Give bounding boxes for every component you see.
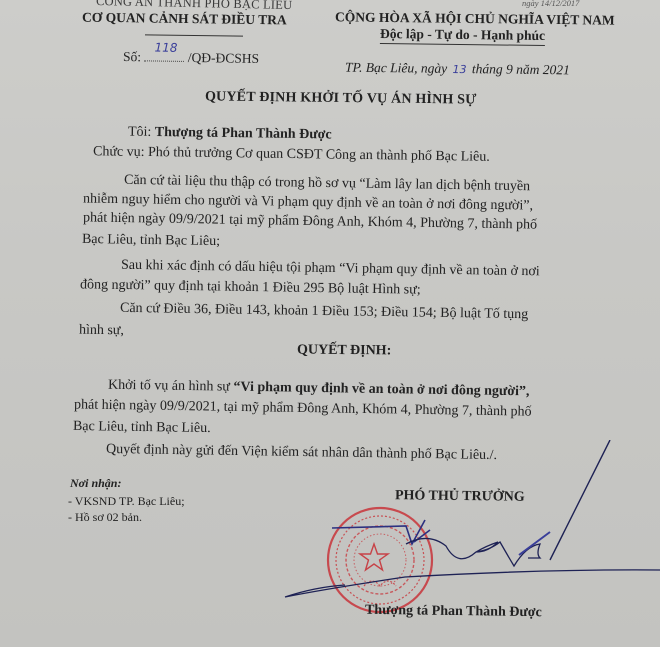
- issuer-name: Thượng tá Phan Thành Được: [155, 125, 332, 142]
- position-label: Chức vụ:: [93, 144, 145, 160]
- issuer-label: Tôi:: [128, 125, 152, 140]
- national-motto: Độc lập - Tự do - Hạnh phúc: [380, 26, 545, 46]
- place-suffix: tháng 9 năm 2021: [472, 61, 570, 77]
- ground-2-line-2: đông người” quy định tại khoản 1 Điều 29…: [80, 278, 421, 297]
- issuer-line: Tôi: Thượng tá Phan Thành Được: [128, 126, 332, 143]
- signer-name: Thượng tá Phan Thành Được: [365, 603, 542, 621]
- document-title: QUYẾT ĐỊNH KHỞI TỐ VỤ ÁN HÌNH SỰ: [205, 89, 477, 108]
- decision-heading: QUYẾT ĐỊNH:: [297, 343, 391, 360]
- form-date-note: ngày 14/12/2017: [522, 0, 579, 8]
- decision-charge: “Vi phạm quy định về an toàn ở nơi đông …: [233, 380, 529, 400]
- ground-3-line-2: hình sự,: [79, 324, 124, 339]
- ground-1-line-4: Bạc Liêu, tỉnh Bạc Liêu;: [82, 233, 220, 249]
- ground-1-line-2: nhiễm nguy hiểm cho người và Vi phạm quy…: [83, 192, 533, 213]
- recipients-label: Nơi nhận:: [70, 476, 121, 491]
- ground-1-line-1: Căn cứ tài liệu thu thập có trong hồ sơ …: [124, 174, 530, 194]
- document-number: Số: 118 /QĐ-ĐCSHS: [123, 48, 259, 67]
- recipient-item: - Hồ sơ 02 bản.: [68, 510, 142, 525]
- number-handwritten: 118: [154, 40, 177, 54]
- ground-3-line-1: Căn cứ Điều 36, Điều 143, khoản 1 Điều 1…: [120, 302, 528, 322]
- number-suffix: /QĐ-ĐCSHS: [188, 50, 259, 66]
- agency-underline: [145, 34, 243, 36]
- handwritten-signature-icon: [280, 440, 660, 620]
- day-handwritten: 13: [450, 63, 468, 76]
- place-prefix: TP. Bạc Liêu, ngày: [345, 60, 447, 76]
- decision-line-2: phát hiện ngày 09/9/2021, tại mỹ phẩm Đô…: [74, 398, 532, 419]
- number-field: 118: [144, 48, 184, 62]
- recipient-item: - VKSND TP. Bạc Liêu;: [68, 494, 185, 509]
- decision-line-3: Bạc Liêu, tỉnh Bạc Liêu.: [73, 420, 211, 436]
- decision-line-1: Khởi tố vụ án hình sự “Vi phạm quy định …: [108, 379, 530, 400]
- place-date: TP. Bạc Liêu, ngày 13 tháng 9 năm 2021: [345, 60, 570, 79]
- number-label: Số:: [123, 49, 141, 64]
- ground-1-line-3: phát hiện ngày 09/9/2021 tại mỹ phẩm Đôn…: [83, 211, 537, 232]
- decision-prefix: Khởi tố vụ án hình sự: [108, 378, 234, 395]
- position-line: Chức vụ: Phó thủ trưởng Cơ quan CSĐT Côn…: [93, 145, 490, 165]
- nation-name: CỘNG HÒA XÃ HỘI CHỦ NGHĨA VIỆT NAM: [335, 9, 615, 28]
- agency-name: CƠ QUAN CẢNH SÁT ĐIỀU TRA: [82, 10, 287, 29]
- ground-2-line-1: Sau khi xác định có dấu hiệu tội phạm “V…: [121, 259, 540, 280]
- document-page: CÔNG AN THÀNH PHỐ BẠC LIÊU CƠ QUAN CẢNH …: [0, 0, 660, 647]
- position-value: Phó thủ trưởng Cơ quan CSĐT Công an thàn…: [148, 145, 490, 165]
